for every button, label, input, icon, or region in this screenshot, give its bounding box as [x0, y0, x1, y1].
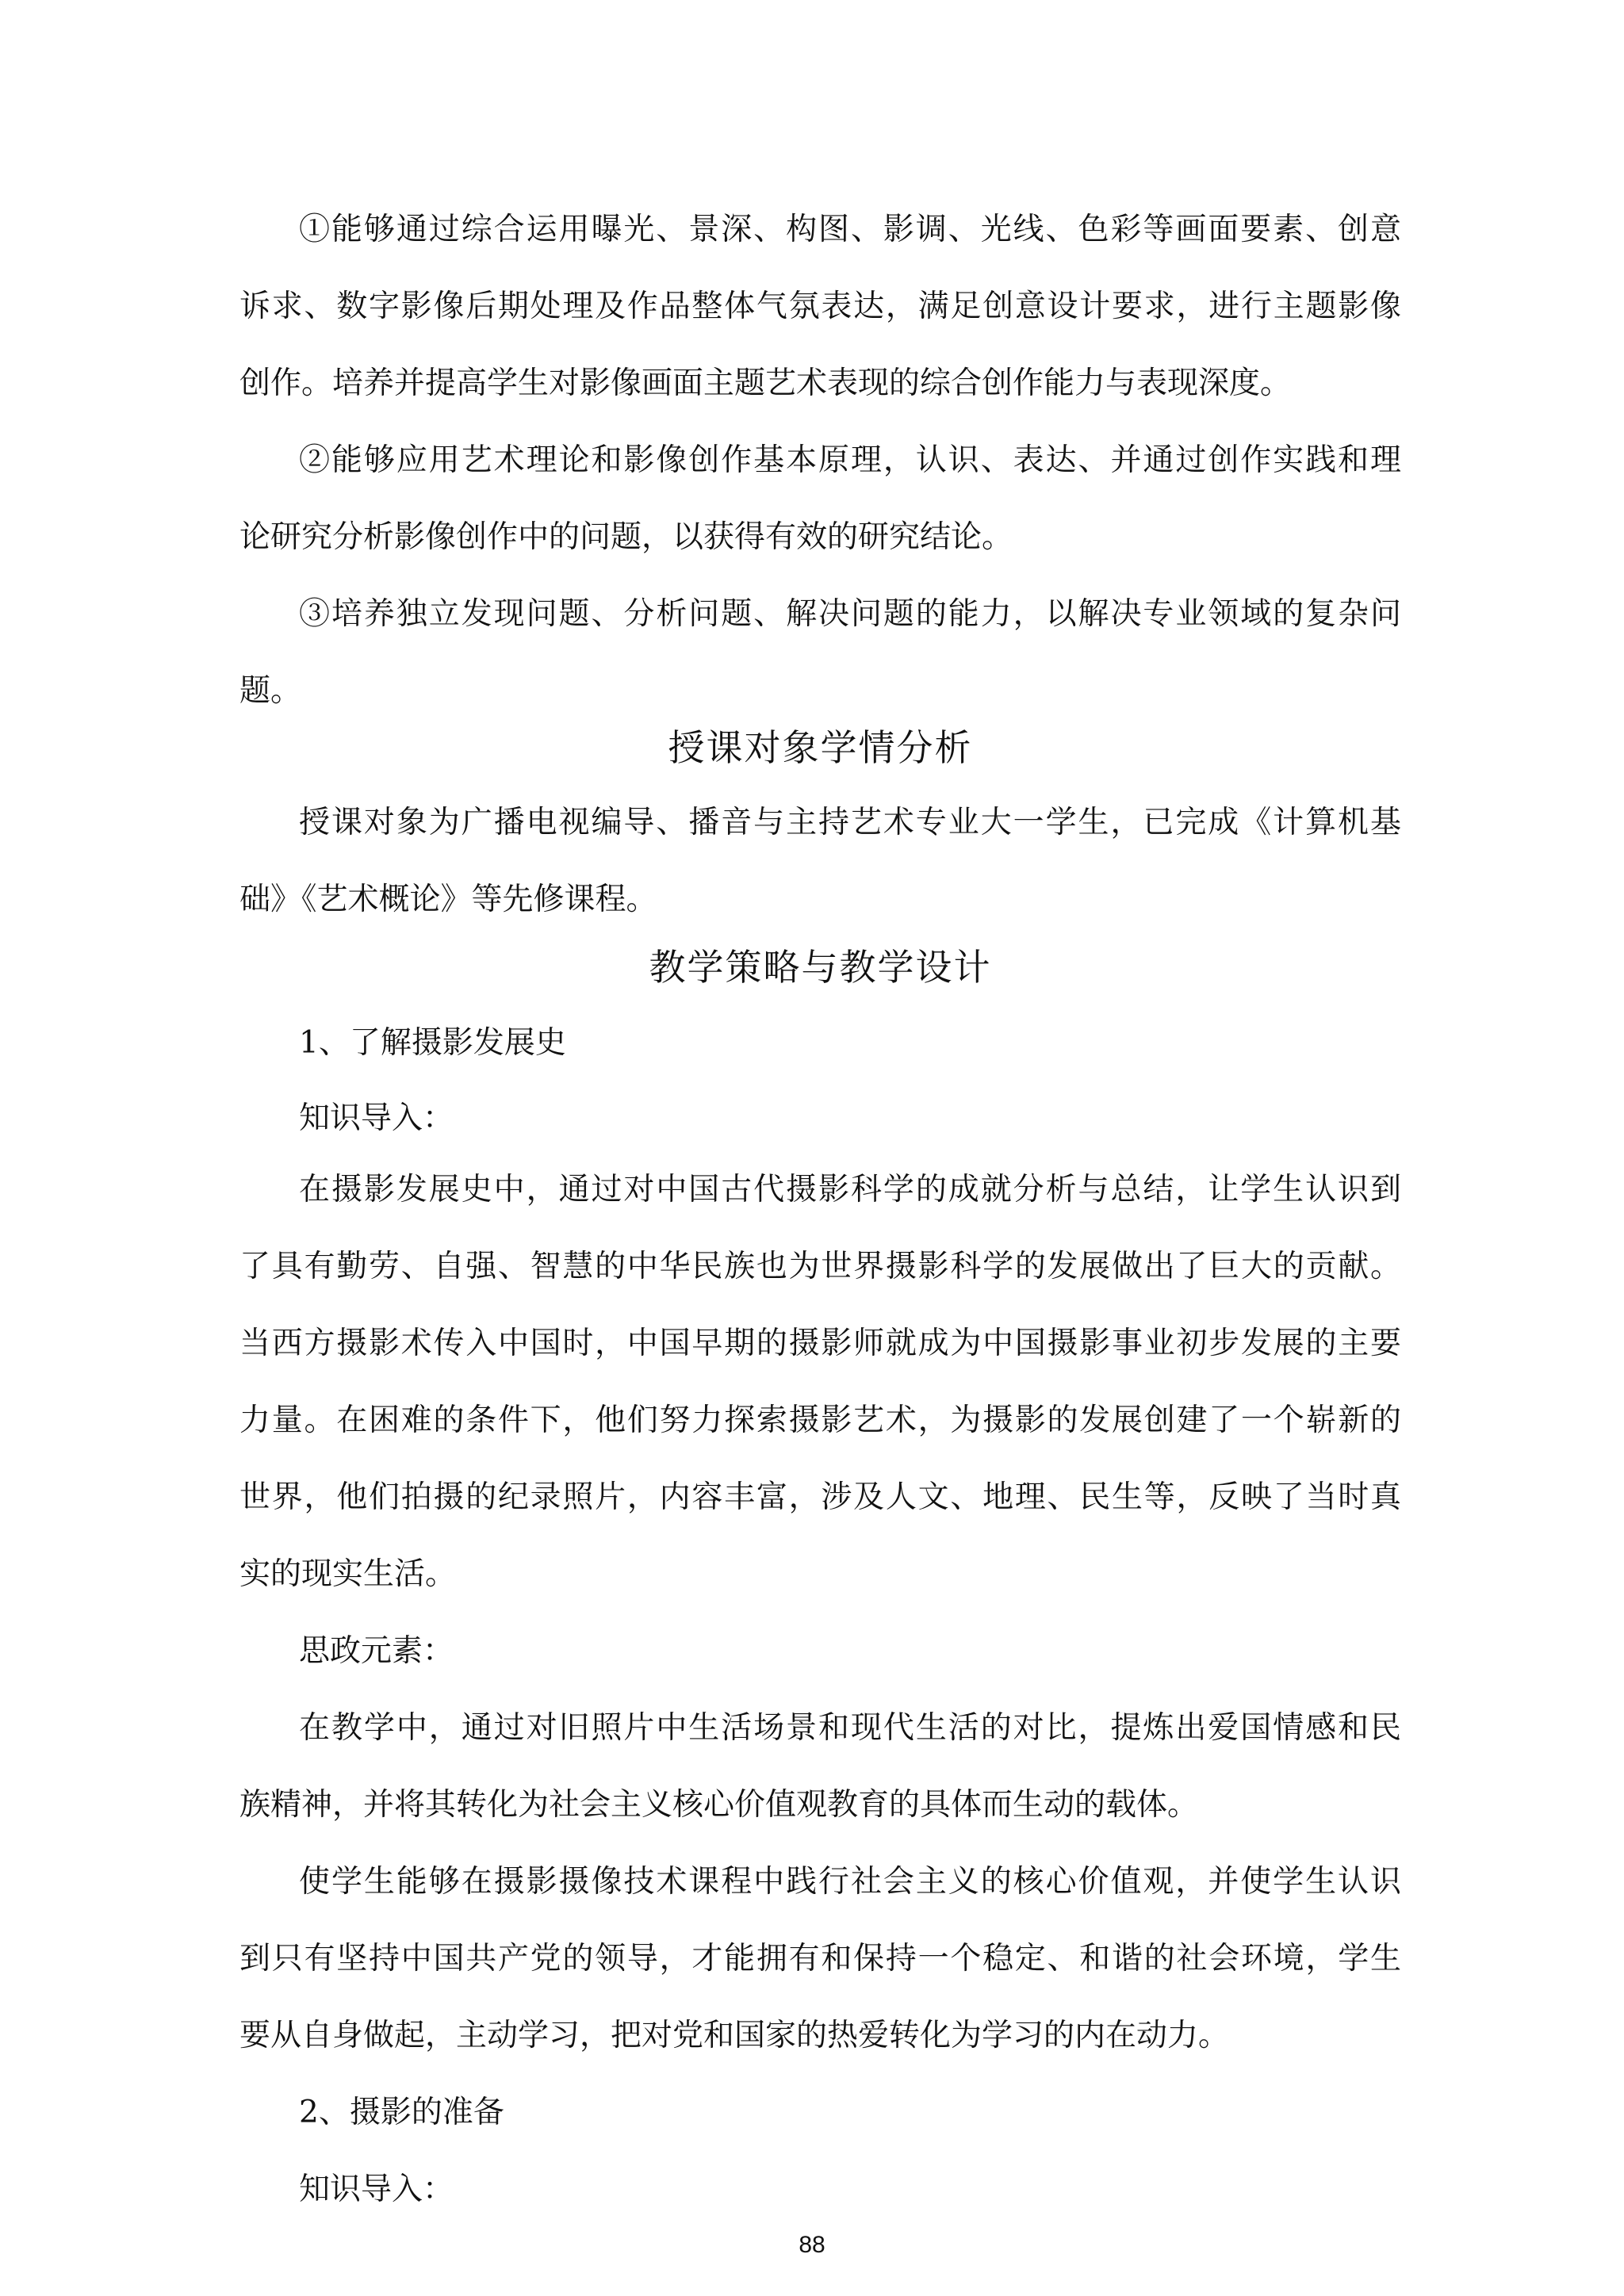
document-page: ①能够通过综合运用曝光、景深、构图、影调、光线、色彩等画面要素、创意 诉求、数字… — [0, 0, 1624, 2296]
ideology-b-line-1: 使学生能够在摄影摄像技术课程中践行社会主义的核心价值观，并使学生认识 — [299, 1863, 1401, 1901]
objective-1-line-3: 创作。培养并提高学生对影像画面主题艺术表现的综合创作能力与表现深度。 — [239, 365, 1401, 403]
knowledge-line-1: 在摄影发展史中，通过对中国古代摄影科学的成就分析与总结，让学生认识到 — [299, 1171, 1401, 1209]
ideology-a-line-2: 族精神，并将其转化为社会主义核心价值观教育的具体而生动的载体。 — [239, 1786, 1401, 1824]
page-number: 88 — [0, 2233, 1624, 2258]
item-2-heading: 2、摄影的准备 — [299, 2094, 504, 2132]
ideology-a-line-1: 在教学中，通过对旧照片中生活场景和现代生活的对比，提炼出爱国情感和民 — [299, 1709, 1401, 1747]
objective-3-line-1: ③培养独立发现问题、分析问题、解决问题的能力，以解决专业领域的复杂问 — [299, 595, 1401, 633]
objective-1-line-2: 诉求、数字影像后期处理及作品整体气氛表达，满足创意设计要求，进行主题影像 — [239, 288, 1401, 326]
knowledge-line-4: 力量。在困难的条件下，他们努力探索摄影艺术，为摄影的发展创建了一个崭新的 — [239, 1402, 1401, 1440]
knowledge-line-2: 了具有勤劳、自强、智慧的中华民族也为世界摄影科学的发展做出了巨大的贡献。 — [239, 1248, 1401, 1286]
item-1-heading: 1、了解摄影发展史 — [299, 1024, 566, 1062]
objective-3-line-2: 题。 — [239, 672, 1401, 710]
ideology-b-line-3: 要从自身做起，主动学习，把对党和国家的热爱转化为学习的内在动力。 — [239, 2017, 1401, 2055]
objective-2-line-1: ②能够应用艺术理论和影像创作基本原理，认识、表达、并通过创作实践和理 — [299, 442, 1401, 480]
item-1-knowledge-label: 知识导入： — [299, 1100, 454, 1138]
knowledge-line-3: 当西方摄影术传入中国时，中国早期的摄影师就成为中国摄影事业初步发展的主要 — [239, 1325, 1401, 1363]
item-1-ideology-label: 思政元素： — [299, 1632, 454, 1670]
item-2-knowledge-label: 知识导入： — [299, 2171, 454, 2209]
student-analysis-line-1: 授课对象为广播电视编导、播音与主持艺术专业大一学生，已完成《计算机基 — [299, 804, 1401, 842]
objective-1-line-1: ①能够通过综合运用曝光、景深、构图、影调、光线、色彩等画面要素、创意 — [299, 211, 1401, 249]
ideology-b-line-2: 到只有坚持中国共产党的领导，才能拥有和保持一个稳定、和谐的社会环境，学生 — [239, 1940, 1401, 1978]
knowledge-line-6: 实的现实生活。 — [239, 1556, 1401, 1594]
section-title-teaching-design: 教学策略与教学设计 — [239, 945, 1401, 989]
student-analysis-line-2: 础》《艺术概论》等先修课程。 — [239, 881, 1401, 919]
objective-2-line-2: 论研究分析影像创作中的问题，以获得有效的研究结论。 — [239, 519, 1401, 557]
knowledge-line-5: 世界，他们拍摄的纪录照片，内容丰富，涉及人文、地理、民生等，反映了当时真 — [239, 1479, 1401, 1517]
section-title-student-analysis: 授课对象学情分析 — [239, 725, 1401, 770]
